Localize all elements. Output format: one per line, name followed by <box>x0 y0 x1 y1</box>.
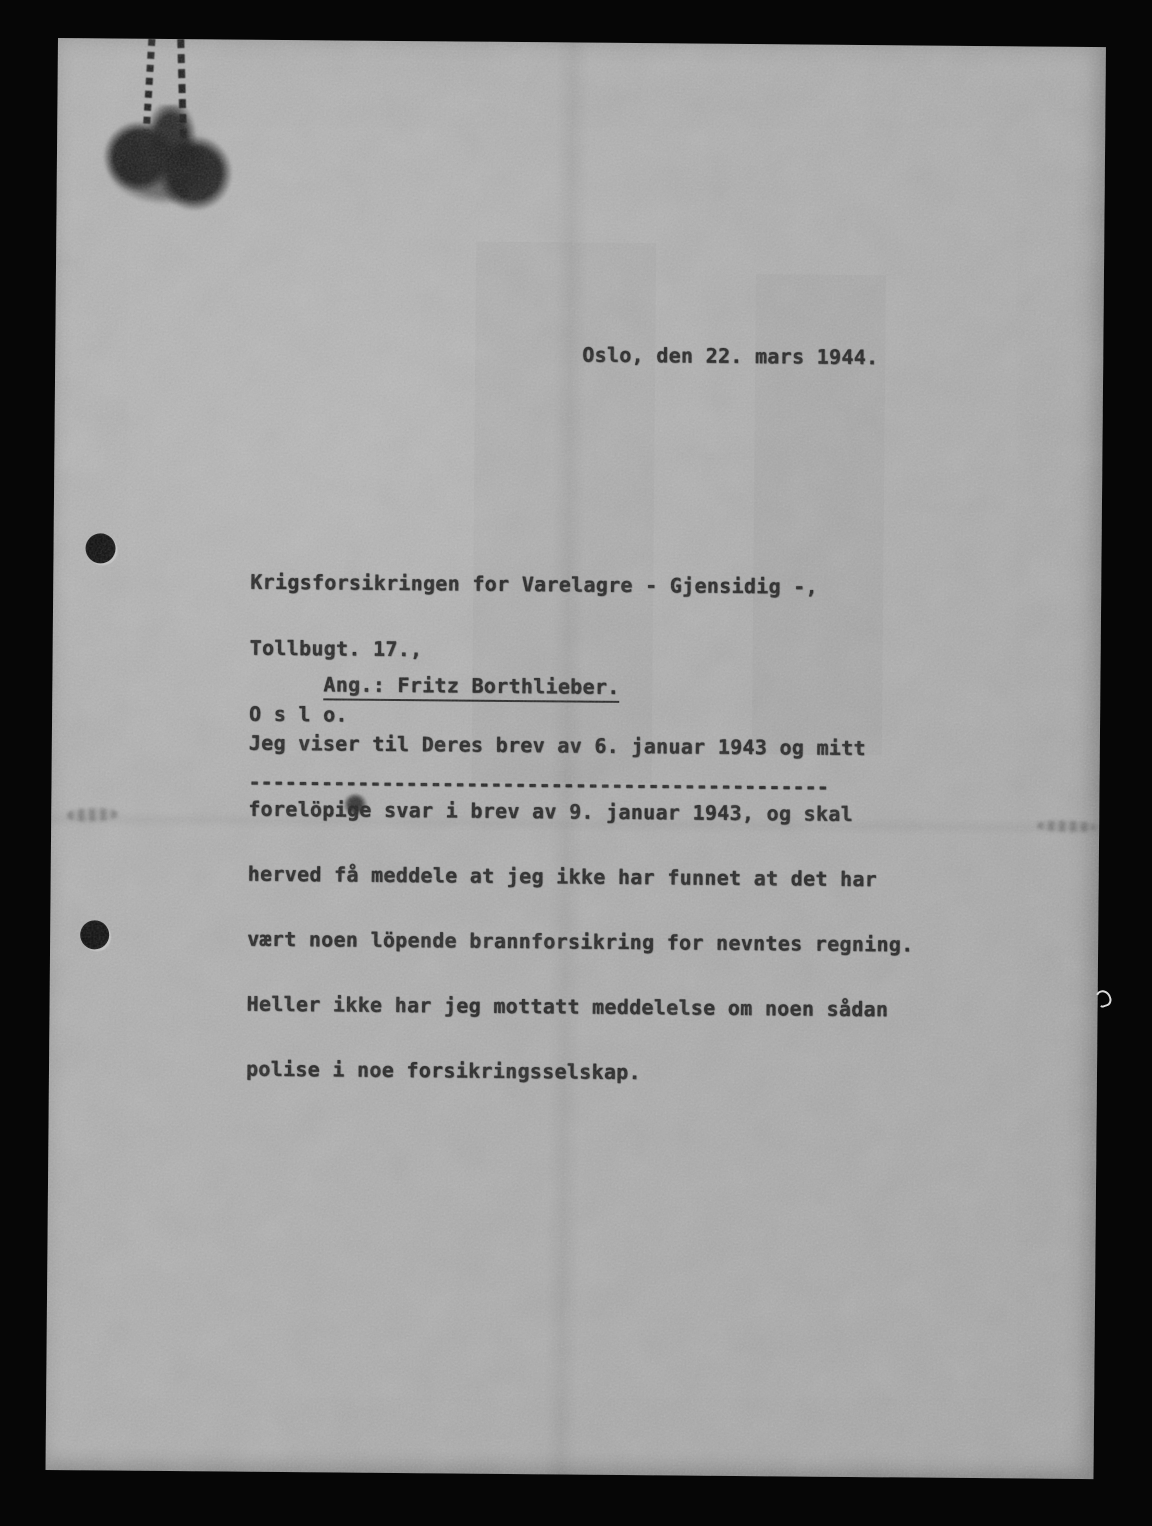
body-paragraph: Jeg viser til Deres brev av 6. januar 19… <box>246 690 916 1130</box>
ink-blot <box>343 794 367 816</box>
body-line: vært noen löpende brannforsikring for ne… <box>247 928 914 956</box>
punch-hole-bottom <box>80 920 109 949</box>
body-line: herved få meddele at jeg ikke har funnet… <box>248 863 915 891</box>
date-line: Oslo, den 22. mars 1944. <box>582 343 878 370</box>
body-line: polise i noe forsikringsselskap. <box>246 1059 913 1087</box>
punch-hole-top <box>85 533 115 563</box>
document-page: Oslo, den 22. mars 1944. Krigsforsikring… <box>46 38 1106 1479</box>
scan-background: Oslo, den 22. mars 1944. Krigsforsikring… <box>0 0 1152 1526</box>
binding-seal-blot <box>96 104 237 215</box>
body-line: Heller ikke har jeg mottatt meddelelse o… <box>246 994 913 1022</box>
body-line: Jeg viser til Deres brev av 6. januar 19… <box>249 733 916 761</box>
recipient-line: Krigsforsikringen for Varelagre - Gjensi… <box>250 571 831 598</box>
